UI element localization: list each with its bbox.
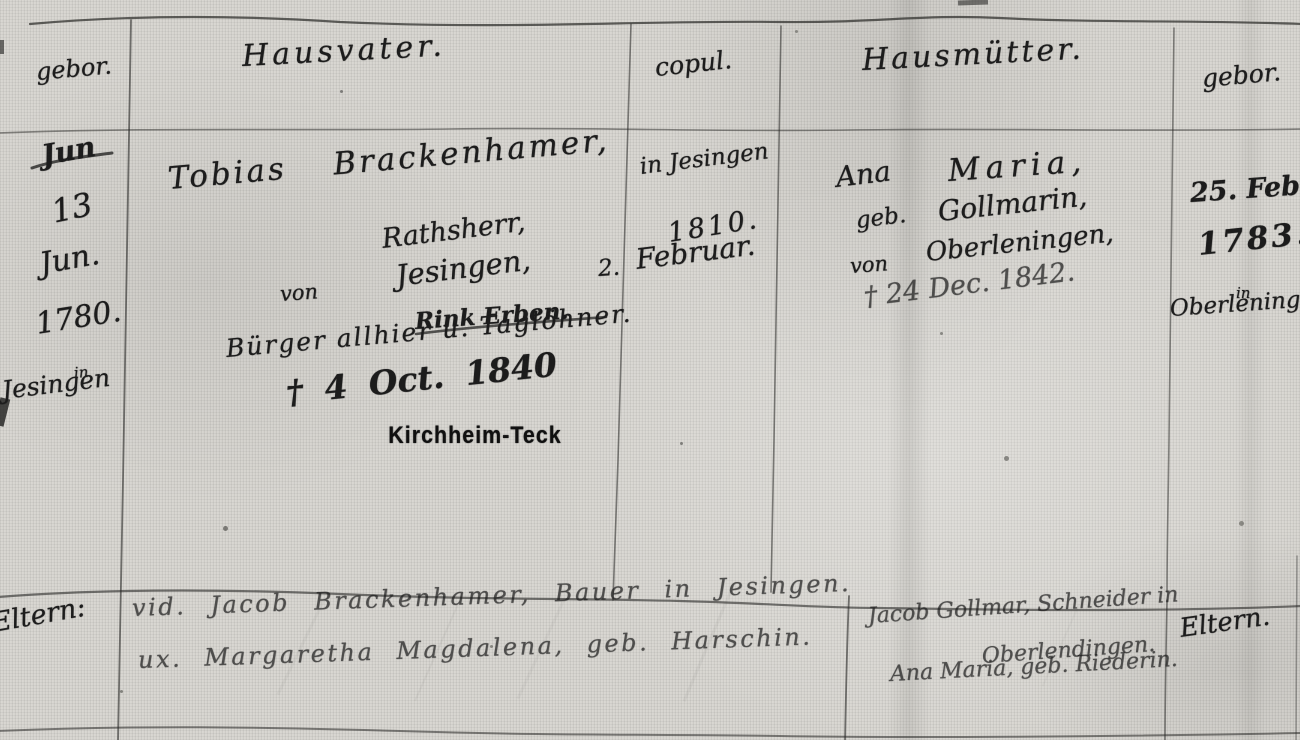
ink-specks [340,90,343,93]
column-header-gebor-left: gebor. [35,53,113,84]
column-header-copul: copul. [654,47,733,80]
birth-date: 25. Febr. [1189,171,1300,207]
hausmutter-prep: von [849,253,888,277]
column-header-gebor-right: gebor. [1201,59,1282,91]
register-scan-page: gebor. Hausvater. copul. Hausmütter. geb… [0,0,1300,740]
hausmutter-first-name: Ana [834,157,892,191]
birth-day: 13 [49,188,95,228]
kirchheim-teck-stamp: Kirchheim-Teck [388,422,561,450]
hausvater-prep: von [279,281,318,305]
copul-day: 2. [597,256,621,280]
hausmutter-geb: geb. [855,204,908,233]
